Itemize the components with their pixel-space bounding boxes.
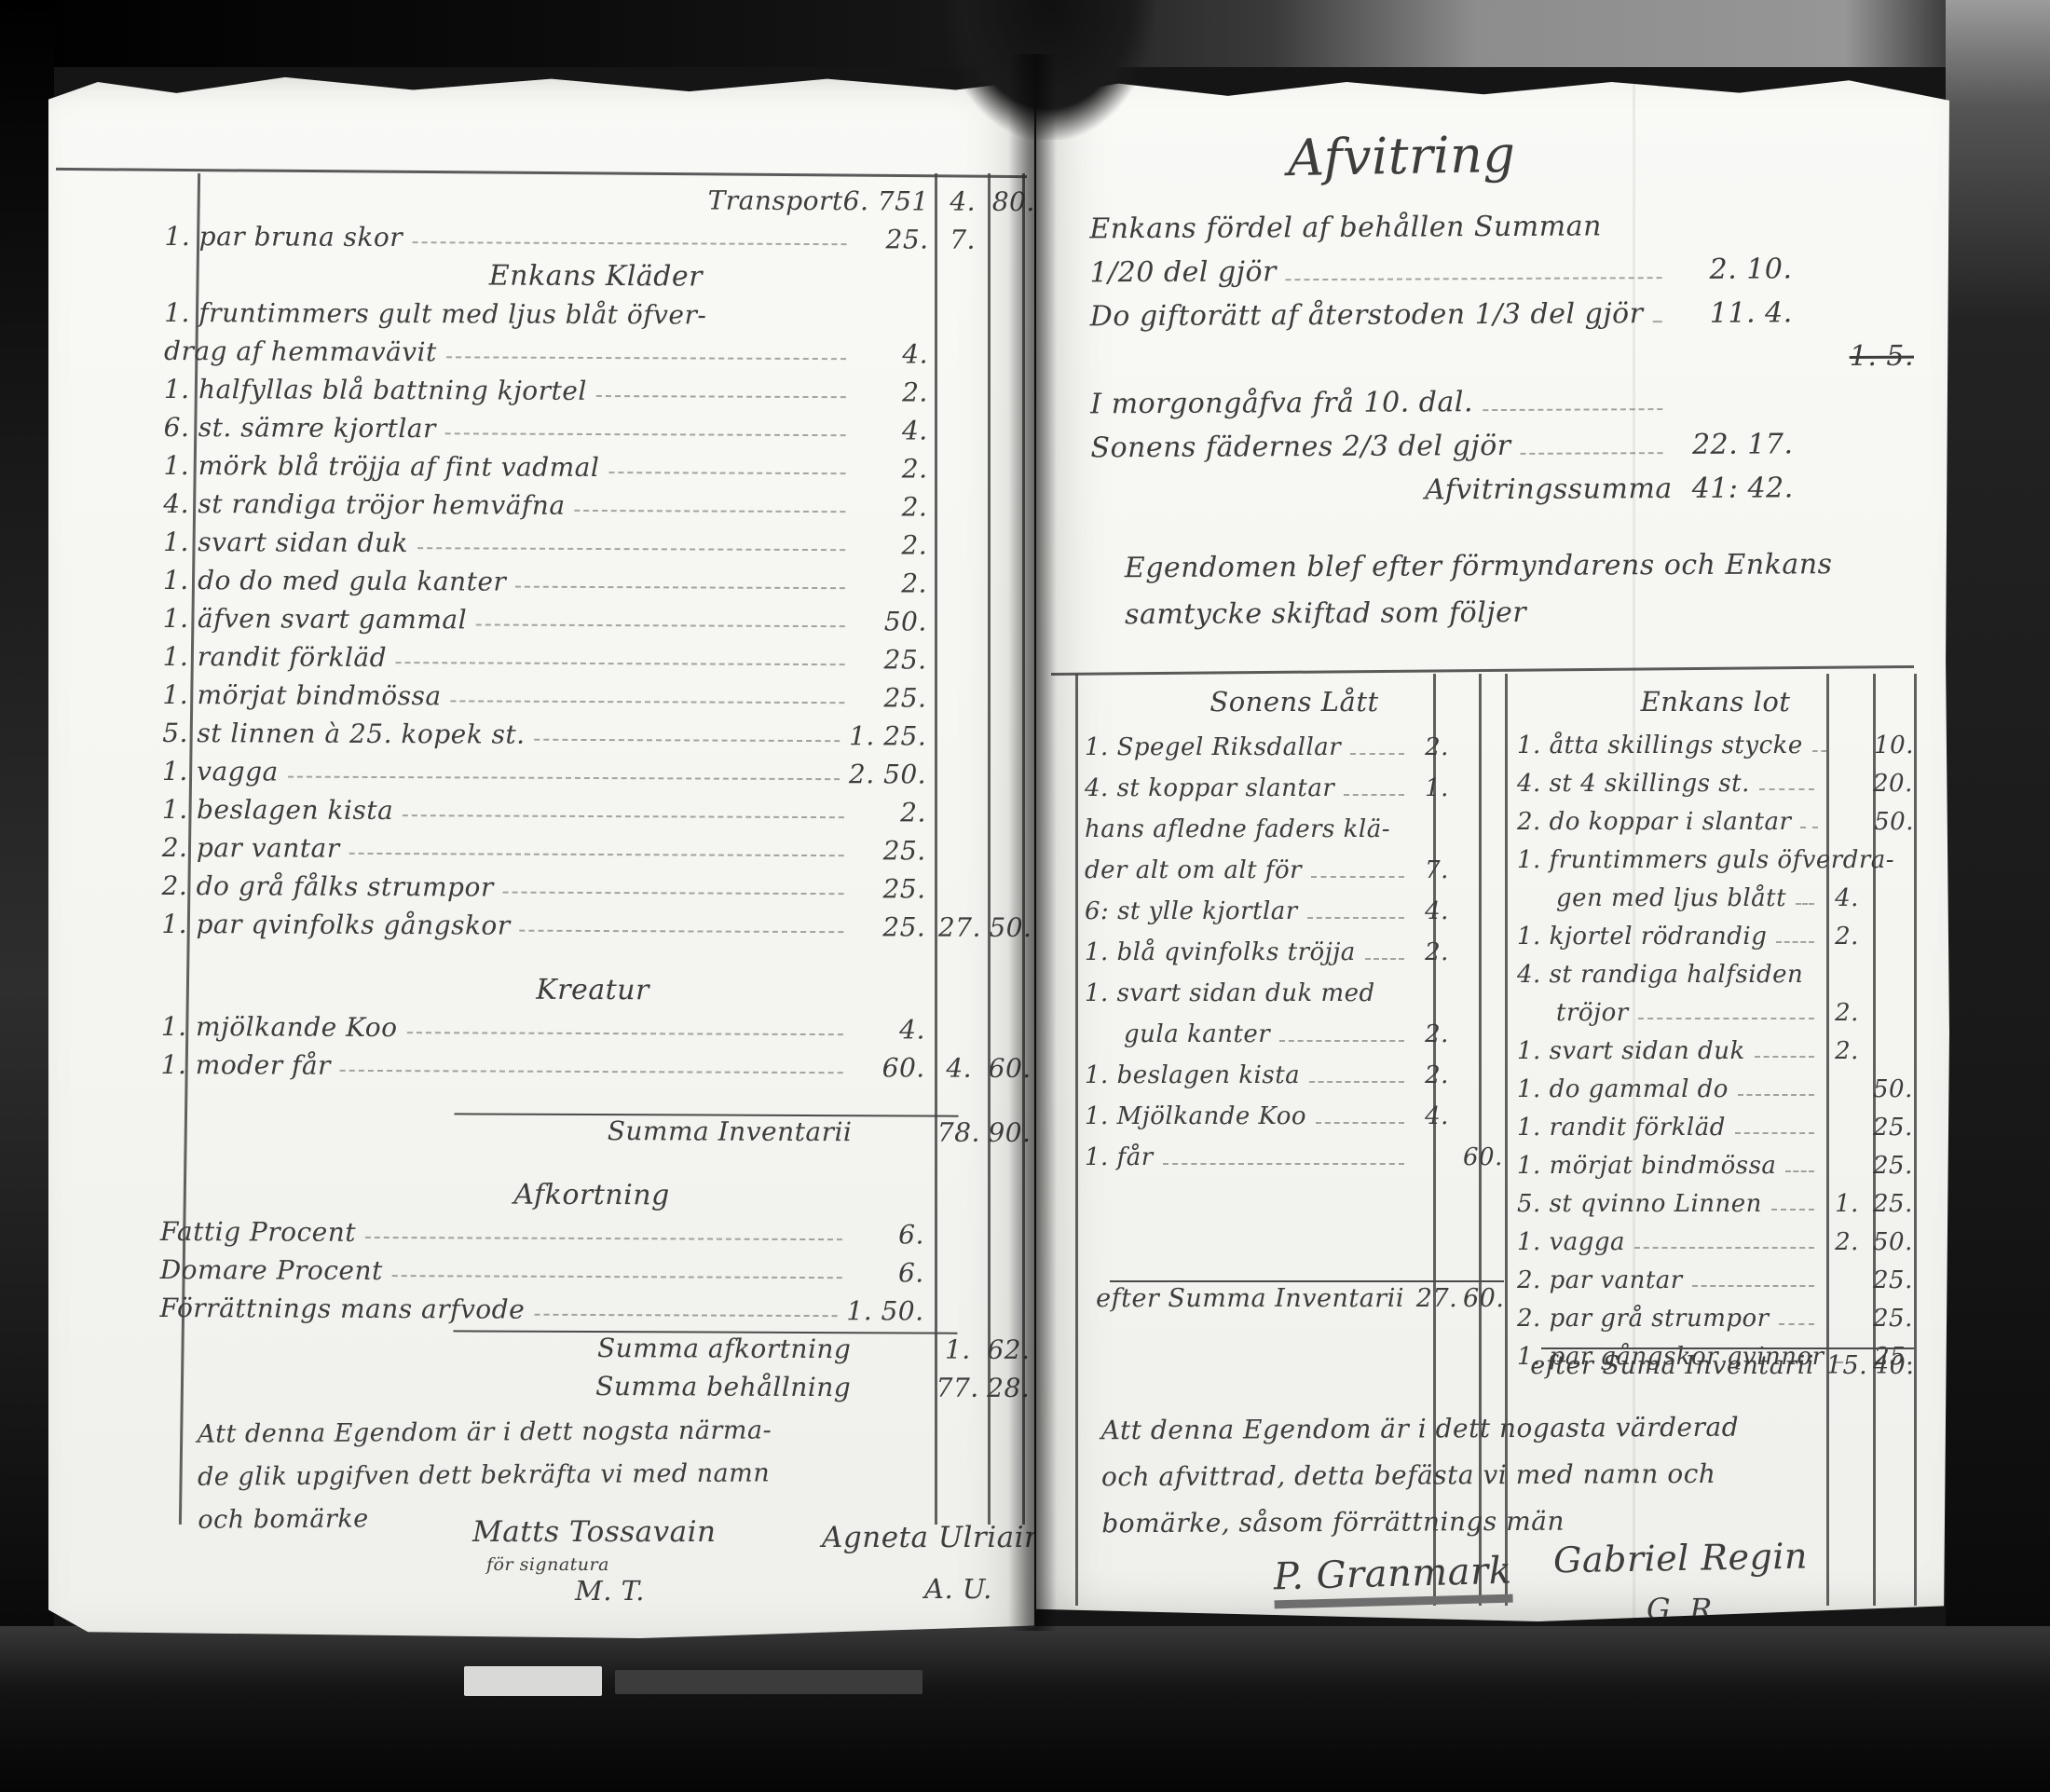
value-col-a: 4. (1824, 880, 1870, 918)
dash-leader (1634, 1247, 1814, 1249)
right-page: Afvitring Enkans fördel af behållen Summ… (1036, 73, 1949, 1621)
subtotal-col-a: 1. (931, 1331, 984, 1369)
dash-leader (1350, 753, 1404, 755)
inventory-row: 6. st. sämre kjortlar 4. (164, 408, 1027, 450)
lot-row: 1. kjortel rödrandig 2. (1517, 918, 1914, 956)
value-col-a: 2. (1414, 932, 1460, 973)
item-description: 1. får (1085, 1137, 1154, 1178)
item-description: 2. par grå strumpor (1517, 1300, 1770, 1338)
lot-row: 1. beslagen kista 2. (1085, 1055, 1504, 1096)
item-description: 1. svart sidan duk med (1085, 973, 1375, 1014)
intro-text: samtycke skiftad som följer (1125, 596, 1526, 631)
left-page-rows: Transport 6. 751 4. 80. 1. par bruna sko… (159, 179, 1028, 1407)
intro-text: Egendomen blef efter förmyndarens och En… (1125, 548, 1833, 584)
inventory-row: Förrättnings mans arfvode 1. 50. (159, 1289, 1022, 1331)
lot-row: 1. vagga 2. 50. (1517, 1224, 1914, 1262)
lot-row: 1. Mjölkande Koo 4. (1085, 1096, 1504, 1137)
inventory-row: 1. moder får 60. 4. 60. (161, 1046, 1024, 1088)
page-title: Afvitring (1287, 125, 1516, 187)
dash-leader (451, 700, 845, 704)
item-value: 60. (853, 1048, 933, 1087)
signature-initials: M. T. (575, 1575, 645, 1607)
inventory-row: 2. par vantar 25. (162, 828, 1025, 870)
item-description: 4. st 4 skillings st. (1517, 765, 1750, 803)
subtotal-col-a: 77. (931, 1369, 984, 1407)
dash-leader (1812, 750, 1826, 752)
dash-leader (1279, 1040, 1404, 1042)
item-description: 6: st ylle kjortlar (1085, 891, 1298, 932)
item-description: Summa Inventarii (608, 1112, 853, 1151)
item-description: 1. randit förkläd (1517, 1109, 1726, 1147)
closing-line: och afvittrad, detta befästa vi med namn… (1101, 1450, 1921, 1501)
dash-leader (575, 510, 846, 513)
item-description: der alt om alt för (1085, 850, 1302, 891)
item-description: 1. fruntimmers guls öfverdra- (1517, 841, 1894, 880)
lot-row: 2. par vantar 25. (1517, 1262, 1914, 1300)
dash-leader (1521, 452, 1663, 455)
line-value-struck (1794, 453, 1915, 454)
dash-leader (1796, 903, 1814, 905)
table-top-rule (1051, 665, 1914, 676)
inventory-row: Summa Inventarii 78. 90. (160, 1110, 1023, 1152)
item-description: 1. blå qvinfolks tröjja (1085, 932, 1356, 973)
item-description: 6. st. sämre kjortlar (164, 408, 436, 447)
value-col-a: 2. (1414, 727, 1460, 768)
item-description: 1. vagga (162, 752, 279, 791)
dash-leader (1771, 1209, 1814, 1211)
dash-leader (1638, 1018, 1814, 1019)
lot-row: 1. svart sidan duk 2. (1517, 1033, 1914, 1071)
lot-row: der alt om alt för 7. (1085, 850, 1504, 891)
item-value: 2. (854, 564, 935, 602)
table-top-rule (56, 168, 1027, 178)
afvitring-line: 1/20 del gjör 2. 10. (1089, 247, 1913, 295)
item-value: 25. (854, 678, 934, 717)
item-value: 50. (854, 602, 935, 640)
inventory-row: Kreatur (161, 969, 1024, 1011)
dash-leader (445, 432, 846, 436)
closing-line: de glik upgifven dett bekräfta vi med na… (198, 1451, 924, 1498)
value-col-b: 25. (1870, 1262, 1914, 1300)
item-description: Kreatur (536, 971, 649, 1010)
afvitring-line: 1. 5. (1090, 335, 1914, 383)
signature-name: P. Granmark (1273, 1550, 1512, 1609)
enka-lot-column: Enkans lot 1. åtta skillings stycke 10. … (1517, 686, 1914, 1376)
line-value-struck (1793, 321, 1914, 322)
item-description: 1. Spegel Riksdallar (1085, 727, 1341, 768)
lot-row: 2. par grå strumpor 25. (1517, 1300, 1914, 1338)
dash-leader (412, 241, 846, 245)
line-value: 11. 4. (1672, 291, 1793, 335)
value-col-a: 4. (1414, 891, 1460, 932)
item-value: 6. 751 (843, 182, 936, 220)
inventory-row: 1. mörk blå tröjja af fint vadmal 2. (163, 446, 1026, 488)
value-col-b: 25. (1870, 1109, 1914, 1147)
inventory-row: Enkans Kläder (164, 255, 1027, 297)
item-value: 4. (855, 411, 936, 449)
item-description: 1. svart sidan duk (1517, 1033, 1745, 1071)
item-description: 1. halfyllas blå battning kjortel (164, 370, 587, 410)
enka-lot-rows: 1. åtta skillings stycke 10. 4. st 4 ski… (1517, 727, 1914, 1376)
scanned-document: Transport 6. 751 4. 80. 1. par bruna sko… (0, 0, 2050, 1792)
afvitring-line: Enkans fördel af behållen Summan (1089, 203, 1913, 252)
inventory-row: 1. mjölkande Koo 4. (161, 1007, 1024, 1049)
dash-leader (407, 1032, 843, 1035)
dash-leader (1311, 876, 1404, 878)
item-description: 1. åtta skillings stycke (1517, 727, 1803, 765)
dash-leader (288, 776, 840, 781)
lot-row: 1. mörjat bindmössa 25. (1517, 1147, 1914, 1185)
dash-leader (1759, 788, 1814, 790)
item-description: Domare Procent (160, 1251, 383, 1290)
total-col-b: 40. (1870, 1351, 1914, 1380)
dash-leader (1309, 1081, 1404, 1083)
scan-left-band (0, 0, 54, 1792)
lot-row: 1. randit förkläd 25. (1517, 1109, 1914, 1147)
item-description: Afkortning (513, 1176, 670, 1215)
dash-leader (1286, 277, 1662, 280)
item-value: 25. (853, 869, 933, 908)
inventory-row: Summa afkortning 1. 62. (159, 1327, 1022, 1369)
signature-note: för signatura (486, 1554, 609, 1575)
dash-leader (476, 623, 845, 627)
item-description: 1. mörjat bindmössa (162, 676, 441, 715)
item-description: gula kanter (1124, 1014, 1270, 1055)
inventory-row: 1. fruntimmers gult med ljus blåt öfver- (164, 294, 1027, 335)
scanner-label-sticker (464, 1666, 602, 1696)
line-value-struck: 1. 5. (1793, 335, 1914, 379)
lot-row: 1. fruntimmers guls öfverdra- (1517, 841, 1914, 880)
line-value (1672, 409, 1793, 410)
lot-row: 4. st randiga halfsiden (1517, 956, 1914, 994)
line-text: 1/20 del gjör (1089, 250, 1277, 294)
item-value: 1. 25. (849, 717, 934, 755)
inventory-row: 5. st linnen à 25. kopek st. 1. 25. (162, 714, 1025, 756)
total-label: efter Suma Inventarii (1517, 1351, 1824, 1380)
line-value-struck (1792, 234, 1913, 235)
dash-leader (1163, 1163, 1404, 1165)
item-value: 2. 50. (849, 755, 934, 793)
value-col-a: 1. (1414, 768, 1460, 809)
closing-line: Att denna Egendom är i dett nogasta värd… (1101, 1403, 1921, 1455)
value-col-b: 25. (1870, 1147, 1914, 1185)
item-value: 1. 50. (846, 1292, 931, 1330)
value-col-b: 25. (1870, 1185, 1914, 1224)
item-value: 2. (854, 487, 935, 526)
lot-row: 1. Spegel Riksdallar 2. (1085, 727, 1504, 768)
item-description: 1. äfven svart gammal (163, 599, 467, 638)
dash-leader (365, 1237, 842, 1240)
line-value: 22. 17. (1672, 422, 1793, 467)
dash-leader (1785, 1170, 1814, 1172)
lot-row: 5. st qvinno Linnen 1. 25. (1517, 1185, 1914, 1224)
subtotal-col-a: 7. (936, 221, 990, 259)
inventory-row: 2. do grå fålks strumpor 25. (161, 867, 1024, 909)
signature-initials: A. U. (924, 1573, 992, 1605)
item-value: 2. (854, 526, 935, 564)
closing-text: Att denna Egendom är i dett nogsta närma… (198, 1416, 772, 1448)
item-value: 4. (853, 1010, 933, 1048)
lot-row: 4. st 4 skillings st. 20. (1517, 765, 1914, 803)
line-value-struck (1793, 409, 1914, 410)
item-description: 1. do gammal do (1517, 1071, 1729, 1109)
item-description: 2. do grå fålks strumpor (161, 867, 493, 907)
dash-leader (1316, 1122, 1404, 1124)
item-description: 1. beslagen kista (162, 790, 393, 829)
enka-lot-total: efter Suma Inventarii 15. 40. (1517, 1351, 1914, 1380)
inventory-row: Domare Procent 6. (160, 1251, 1023, 1293)
afvitring-line: Sonens fädernes 2/3 del gjör 22. 17. (1090, 422, 1914, 471)
afvitring-line: Afvitringssumma 41: 42. (1091, 466, 1915, 514)
inventory-row: 1. randit förkläd 25. (163, 637, 1026, 679)
dash-leader (1779, 1323, 1814, 1325)
dash-leader (340, 1070, 843, 1074)
item-value: 2. (854, 793, 934, 831)
intro-line: samtycke skiftad som följer (1125, 588, 1907, 638)
scan-bottom-band (0, 1626, 2050, 1792)
item-description: drag af hemmavävit (164, 332, 437, 371)
item-description: gen med ljus blått (1556, 880, 1786, 918)
inventory-row: 1. par qvinfolks gångskor 25. 27. 50. (161, 905, 1024, 947)
lot-row: gen med ljus blått 4. (1517, 880, 1914, 918)
value-col-a: 7. (1414, 850, 1460, 891)
dash-leader (392, 1275, 842, 1279)
closing-text: och afvittrad, detta befästa vi med namn… (1101, 1458, 1716, 1492)
line-value-struck (1793, 278, 1914, 279)
item-description: Enkans Kläder (489, 257, 703, 296)
item-description: 1. fruntimmers gult med ljus blåt öfver- (164, 294, 706, 335)
closing-text: Att denna Egendom är i dett nogasta värd… (1101, 1412, 1740, 1446)
book-gutter-shadow (1008, 54, 1057, 1631)
dash-leader (1483, 408, 1662, 411)
dash-leader (396, 662, 845, 665)
dash-leader (520, 930, 844, 934)
lot-row: 6: st ylle kjortlar 4. (1085, 891, 1504, 932)
value-col-a: 2. (1414, 1055, 1460, 1096)
inventory-row: drag af hemmavävit 4. (164, 332, 1027, 374)
total-label: efter Summa Inventarii (1085, 1284, 1414, 1313)
lot-row: gula kanter 2. (1085, 1014, 1504, 1055)
scan-right-band (1946, 0, 2050, 1792)
value-col-b: 50. (1870, 1071, 1914, 1109)
line-value: 41: 42. (1673, 466, 1794, 511)
value-col-a: 1. (1824, 1185, 1870, 1224)
line-value (1671, 234, 1792, 235)
item-description: Förrättnings mans arfvode (159, 1289, 525, 1329)
dash-leader (1800, 827, 1818, 828)
item-value: 25. (854, 640, 935, 678)
son-lot-column: Sonens Lått 1. Spegel Riksdallar 2. 4. s… (1085, 686, 1504, 1178)
subtotal-col-a: 4. (936, 183, 990, 221)
item-description: 2. par vantar (162, 828, 340, 868)
dash-leader (446, 356, 846, 360)
item-value: 25. (854, 831, 934, 869)
inventory-row: 1. do do med gula kanter 2. (163, 561, 1026, 603)
lot-row: 1. får 60. (1085, 1137, 1504, 1178)
subtotal-col-a: 27. (933, 909, 986, 947)
dash-leader (608, 472, 845, 474)
value-col-b: 10. (1871, 727, 1914, 765)
value-col-b: 50. (1871, 803, 1914, 841)
son-lot-header: Sonens Lått (1085, 686, 1504, 718)
value-col-a: 2. (1824, 1224, 1870, 1262)
inventory-row: Transport 6. 751 4. 80. (165, 179, 1028, 221)
dash-leader (716, 321, 846, 322)
dash-leader (1776, 941, 1814, 943)
inventory-row: 1. äfven svart gammal 50. (163, 599, 1026, 641)
left-page: Transport 6. 751 4. 80. 1. par bruna sko… (48, 62, 1034, 1638)
line-text: Enkans fördel af behållen Summan (1089, 204, 1602, 251)
item-description: 4. st koppar slantar (1085, 768, 1334, 809)
item-value: 2. (854, 449, 935, 487)
item-description: 1. par qvinfolks gångskor (161, 905, 510, 945)
item-description: Transport (708, 182, 843, 221)
enka-lot-header: Enkans lot (1517, 686, 1914, 718)
total-col-b: 60. (1460, 1284, 1504, 1313)
signature-initials: G. R. (1647, 1592, 1723, 1627)
inventory-row: 4. st randiga tröjor hemväfna 2. (163, 485, 1026, 527)
dash-leader (535, 739, 840, 742)
item-description: 2. do koppar i slantar (1517, 803, 1791, 841)
dash-leader (1738, 1094, 1814, 1096)
item-description: Summa behållning (595, 1367, 851, 1406)
item-description: Summa afkortning (597, 1329, 852, 1368)
value-col-a: 2. (1824, 994, 1870, 1033)
dash-leader (349, 853, 844, 856)
value-col-a: 2. (1414, 1014, 1460, 1055)
item-description: 1. kjortel rödrandig (1517, 918, 1767, 956)
total-col-a: 27. (1414, 1284, 1460, 1313)
closing-text: de glik upgifven dett bekräfta vi med na… (198, 1458, 770, 1491)
value-col-a: 4. (1414, 1096, 1460, 1137)
column-rule (1075, 674, 1078, 1606)
value-col-b: 60. (1460, 1137, 1504, 1178)
lot-row: tröjor 2. (1517, 994, 1914, 1033)
dash-leader (417, 547, 845, 551)
item-description: 1. randit förkläd (163, 637, 388, 677)
afvitring-line: I morgongåfva frå 10. dal. (1090, 378, 1914, 427)
value-col-a: 2. (1824, 1033, 1870, 1071)
item-value: 6. (852, 1215, 932, 1253)
lot-row: 1. do gammal do 50. (1517, 1071, 1914, 1109)
inventory-row: 1. beslagen kista 2. (162, 790, 1025, 832)
dash-leader (1365, 958, 1404, 960)
line-text: Afvitringssumma (1425, 467, 1673, 512)
dash-leader (515, 586, 845, 590)
item-value: 25. (853, 908, 933, 946)
scanner-label-shadow (615, 1670, 922, 1694)
son-lot-total: efter Summa Inventarii 27. 60. (1085, 1284, 1504, 1313)
item-value: 25. (856, 220, 936, 258)
item-description: Fattig Procent (160, 1212, 356, 1252)
signature-name: Matts Tossavain (472, 1515, 717, 1549)
total-col-a: 15. (1824, 1351, 1870, 1380)
dash-leader (503, 892, 844, 896)
item-description: 2. par vantar (1517, 1262, 1683, 1300)
subtotal-col-a: 78. (932, 1114, 985, 1152)
dash-leader (534, 1314, 837, 1317)
dash-leader (1735, 1132, 1814, 1134)
item-value: 6. (852, 1253, 932, 1292)
lot-row: 2. do koppar i slantar 50. (1517, 803, 1914, 841)
signature-name: Gabriel Regin (1553, 1536, 1809, 1581)
line-value (1672, 365, 1793, 366)
item-value: 4. (855, 335, 936, 373)
item-description: tröjor (1556, 994, 1629, 1033)
inventory-row: 1. halfyllas blå battning kjortel 2. (164, 370, 1027, 412)
dash-leader (1653, 321, 1662, 322)
line-text: Do giftorätt af återstoden 1/3 del gjör (1090, 292, 1644, 338)
item-value: 2. (855, 373, 936, 411)
dash-leader (596, 395, 846, 398)
inventory-row: 1. mörjat bindmössa 25. (162, 676, 1025, 718)
closing-line: Att denna Egendom är i dett nogsta närma… (198, 1408, 924, 1456)
line-value-struck (1794, 497, 1915, 498)
division-intro-paragraph: Egendomen blef efter förmyndarens och En… (1125, 541, 1908, 638)
lot-row: hans afledne faders klä- (1085, 809, 1504, 850)
lot-row: 4. st koppar slantar 1. (1085, 768, 1504, 809)
item-description: 1. moder får (161, 1046, 331, 1085)
lot-row: 1. blå qvinfolks tröjja 2. (1085, 932, 1504, 973)
lot-row: 1. svart sidan duk med (1085, 973, 1504, 1014)
intro-line: Egendomen blef efter förmyndarens och En… (1125, 541, 1907, 592)
subtotal-col-a: 4. (933, 1049, 986, 1088)
dash-leader (1755, 1056, 1814, 1058)
item-description: 4. st randiga tröjor hemväfna (163, 485, 565, 525)
item-description: 1. mörjat bindmössa (1517, 1147, 1776, 1185)
inventory-row: Summa behållning 77. 28. (159, 1365, 1022, 1407)
item-description: 5. st qvinno Linnen (1517, 1185, 1762, 1224)
son-lot-rows: 1. Spegel Riksdallar 2. 4. st koppar sla… (1085, 727, 1504, 1178)
value-col-b: 50. (1870, 1224, 1914, 1262)
afvitring-paragraph: Enkans fördel af behållen Summan 1/20 de… (1089, 203, 1915, 514)
line-text: Sonens fädernes 2/3 del gjör (1090, 424, 1510, 470)
item-description: 1. par bruna skor (165, 217, 403, 256)
inventory-row: Fattig Procent 6. (160, 1212, 1023, 1254)
dash-leader (1307, 917, 1404, 919)
item-description: 1. mjölkande Koo (161, 1007, 398, 1046)
line-value: 2. 10. (1671, 247, 1792, 292)
closing-text: bomärke, såsom förrättnings män (1101, 1506, 1565, 1539)
value-col-b: 25. (1870, 1300, 1914, 1338)
value-col-a: 2. (1824, 918, 1870, 956)
dash-leader (403, 814, 844, 818)
line-text: I morgongåfva frå 10. dal. (1090, 380, 1473, 426)
item-description: 1. do do med gula kanter (163, 561, 507, 601)
afvitring-line: Do giftorätt af återstoden 1/3 del gjör … (1090, 291, 1914, 339)
inventory-row: 1. par bruna skor 25. 7. (165, 217, 1028, 259)
right-closing-paragraph: Att denna Egendom är i dett nogasta värd… (1101, 1403, 1922, 1548)
dash-leader (1344, 794, 1404, 796)
item-description: 1. beslagen kista (1085, 1055, 1300, 1096)
item-description: 4. st randiga halfsiden (1517, 956, 1803, 994)
item-description: hans afledne faders klä- (1085, 809, 1390, 850)
inventory-row: 1. vagga 2. 50. (162, 752, 1025, 794)
closing-text: och bomärke (198, 1504, 369, 1534)
value-col-b: 20. (1870, 765, 1914, 803)
item-description: 1. vagga (1517, 1224, 1625, 1262)
item-description: 1. Mjölkande Koo (1085, 1096, 1306, 1137)
inventory-row: Afkortning (160, 1174, 1023, 1216)
lot-row: 1. åtta skillings stycke 10. (1517, 727, 1914, 765)
item-description: 5. st linnen à 25. kopek st. (162, 714, 526, 754)
item-description: 1. mörk blå tröjja af fint vadmal (163, 446, 599, 486)
dash-leader (1692, 1285, 1814, 1287)
item-description: 1. svart sidan duk (163, 523, 408, 562)
inventory-row: 1. svart sidan duk 2. (163, 523, 1026, 565)
